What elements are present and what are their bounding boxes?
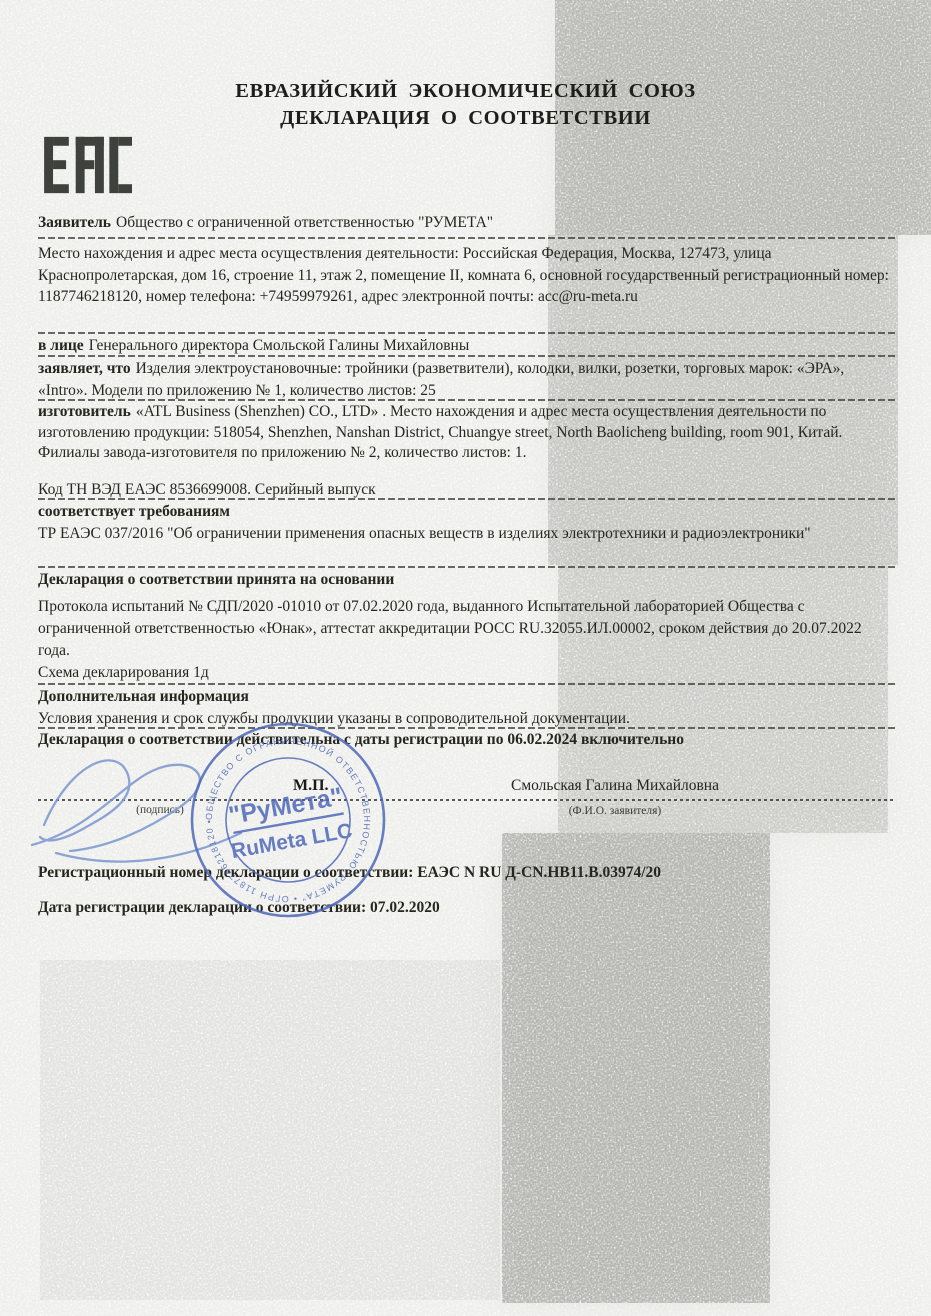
divider: [38, 355, 896, 357]
signature-caption: (подпись): [100, 804, 220, 816]
divider: [38, 399, 896, 401]
applicant-label: Заявитель: [38, 214, 111, 231]
document-title: ЕВРАЗИЙСКИЙ ЭКОНОМИЧЕСКИЙ СОЮЗ ДЕКЛАРАЦИ…: [0, 78, 931, 132]
stamp-name-en: RuMeta LLC: [229, 819, 354, 863]
declaration-document: ЕВРАЗИЙСКИЙ ЭКОНОМИЧЕСКИЙ СОЮЗ ДЕКЛАРАЦИ…: [0, 0, 931, 1316]
applicant-value: Общество с ограниченной ответственностью…: [116, 214, 493, 231]
title-line-2: ДЕКЛАРАЦИЯ О СООТВЕТСТВИИ: [0, 105, 931, 132]
divider: [38, 332, 896, 334]
manufacturer-value: «ATL Business (Shenzhen) CO., LTD» . Мес…: [38, 403, 842, 461]
divider: [38, 566, 896, 568]
eac-mark-icon: [40, 133, 132, 197]
registration-number-row: Регистрационный номер декларации о соотв…: [38, 862, 896, 884]
title-line-1: ЕВРАЗИЙСКИЙ ЭКОНОМИЧЕСКИЙ СОЮЗ: [0, 78, 931, 105]
signatory-name-caption: (Ф.И.О. заявителя): [450, 805, 780, 817]
manufacturer-label: изготовитель: [38, 403, 131, 420]
in-person-value: Генерального директора Смольской Галины …: [89, 337, 470, 354]
basis-heading: Декларация о соответствии принята на осн…: [38, 569, 896, 591]
in-person-label: в лице: [38, 337, 84, 354]
divider: [38, 498, 896, 500]
in-person-row: в лицеГенерального директора Смольской Г…: [38, 335, 896, 357]
tr-regulation-block: ТР ЕАЭС 037/2016 "Об ограничении примене…: [38, 523, 896, 545]
mp-seal-mark: М.П.: [293, 777, 329, 795]
address-block: Место нахождения и адрес места осуществл…: [38, 243, 896, 308]
additional-heading: Дополнительная информация: [38, 686, 896, 708]
signature-line: [38, 799, 896, 801]
validity-row: Декларация о соответствии действительна …: [38, 729, 896, 751]
signatory-name: Смольская Галина Михайловна: [450, 777, 780, 795]
declares-value: Изделия электроустановочные: тройники (р…: [38, 360, 844, 399]
divider: [38, 683, 896, 685]
basis-block: Протокола испытаний № СДП/2020 -01010 от…: [38, 596, 896, 662]
manufacturer-block: изготовитель«ATL Business (Shenzhen) CO.…: [38, 402, 896, 464]
declares-block: заявляет, чтоИзделия электроустановочные…: [38, 358, 896, 401]
registration-date-row: Дата регистрации декларации о соответств…: [38, 897, 896, 919]
declares-label: заявляет, что: [38, 360, 131, 377]
scheme-row: Схема декларирования 1д: [38, 662, 896, 684]
applicant-row: ЗаявительОбщество с ограниченной ответст…: [38, 212, 896, 234]
complies-heading: соответствует требованиям: [38, 501, 896, 523]
divider: [38, 237, 896, 239]
